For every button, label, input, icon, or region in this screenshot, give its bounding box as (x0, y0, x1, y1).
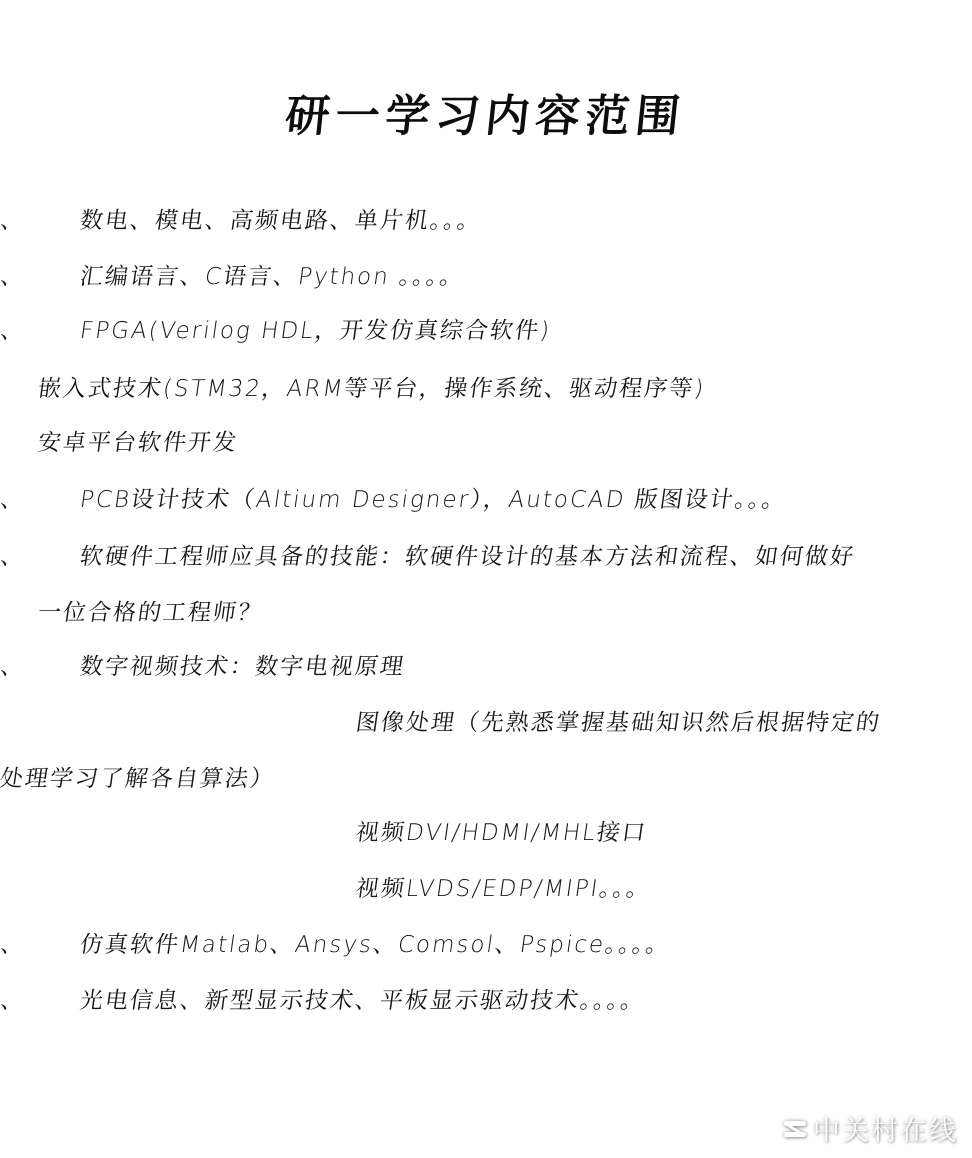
item-number: 1、 (0, 206, 26, 236)
item-text: 嵌入式技术(STM32，ARM等平台，操作系统、驱动程序等) (36, 374, 707, 404)
zol-logo-icon (783, 1117, 809, 1141)
item-number: 4、 (0, 485, 26, 515)
item-text: 视频LVDS/EDP/MIPI。。。 (354, 874, 653, 904)
item-number: 3、 (0, 316, 26, 346)
watermark: 中关村在线 (783, 1109, 958, 1148)
item-text: 数字视频技术：数字电视原理 (78, 652, 407, 682)
item-text: 软硬件工程师应具备的技能：软硬件设计的基本方法和流程、如何做好 (78, 542, 857, 572)
item-text: 处理学习了解各自算法） (0, 764, 277, 794)
item-text: 安卓平台软件开发 (36, 428, 240, 458)
item-number: 2、 (0, 262, 26, 292)
item-text: FPGA(Verilog HDL，开发仿真综合软件) (78, 316, 553, 346)
item-number: 7、 (0, 930, 26, 960)
document-page: 研一学习内容范围 1、 数电、模电、高频电路、单片机。。。 2、 汇编语言、C语… (0, 0, 972, 1158)
item-text: PCB设计技术（Altium Designer），AutoCAD 版图设计。。。 (78, 485, 789, 515)
watermark-text: 中关村在线 (813, 1109, 958, 1148)
item-text: 汇编语言、C语言、Python 。。。。 (78, 262, 467, 292)
item-number: 8、 (0, 986, 26, 1016)
item-text: 仿真软件Matlab、Ansys、Comsol、Pspice。。。。 (78, 930, 673, 960)
item-text: 一位合格的工程师？ (36, 598, 265, 628)
item-text: 光电信息、新型显示技术、平板显示驱动技术。。。。 (78, 986, 648, 1016)
item-text: 数电、模电、高频电路、单片机。。。 (78, 206, 484, 236)
item-number: 6、 (0, 652, 26, 682)
item-text: 图像处理（先熟悉掌握基础知识然后根据特定的 (354, 708, 883, 738)
page-title: 研一学习内容范围 (0, 80, 972, 144)
item-number: 5、 (0, 542, 26, 572)
item-text: 视频DVI/HDMI/MHL接口 (354, 818, 649, 848)
